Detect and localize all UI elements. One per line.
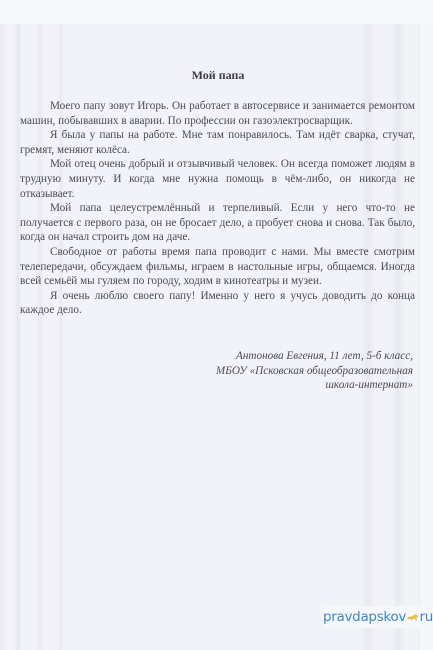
- paragraph: Свободное от работы время папа проводит …: [20, 245, 415, 289]
- paragraph: Моего папу зовут Игорь. Он работает в ав…: [20, 99, 415, 128]
- watermark-text-left: pravdapskov: [323, 609, 406, 625]
- paper-right-edge: [419, 24, 433, 650]
- signature-line: Антонова Евгения, 11 лет, 5-б класс,: [216, 349, 413, 364]
- scan-top-margin: [0, 0, 433, 25]
- paragraph: Мой папа целеустремлённый и терпеливый. …: [20, 201, 415, 245]
- document-body: Моего папу зовут Игорь. Он работает в ав…: [20, 99, 415, 318]
- signature-line: школа-интернат»: [216, 378, 413, 393]
- paragraph: Я очень люблю своего папу! Именно у него…: [20, 289, 415, 318]
- author-signature: Антонова Евгения, 11 лет, 5-б класс, МБО…: [216, 349, 413, 393]
- lion-icon: [407, 610, 418, 624]
- site-watermark: pravdapskov ru: [323, 606, 433, 628]
- signature-line: МБОУ «Псковская общеобразовательная: [216, 364, 413, 379]
- paragraph: Мой отец очень добрый и отзывчивый челов…: [20, 157, 415, 201]
- paragraph: Я была у папы на работе. Мне там понрави…: [20, 128, 415, 157]
- document-title: Мой папа: [0, 68, 433, 83]
- watermark-text-right: ru: [419, 609, 433, 625]
